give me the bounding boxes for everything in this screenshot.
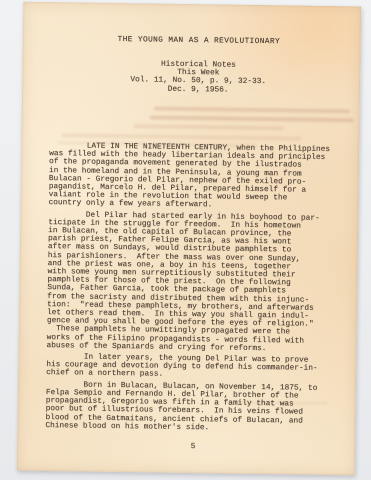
bleed-through-ghost-line: [134, 124, 284, 130]
paragraph-2: Del Pilar had started early in his boyho…: [46, 211, 350, 355]
document-title: THE YOUNG MAN AS A REVOLUTIONARY: [51, 35, 347, 47]
document-body: LATE IN THE NINETEENTH CENTURY, when the…: [45, 142, 351, 437]
bleed-through-ghost-line: [61, 133, 301, 140]
paragraph-4: Born in Bulacan, Bulacan, on November 14…: [45, 381, 348, 434]
paragraph-1: LATE IN THE NINETEENTH CENTURY, when the…: [48, 142, 351, 212]
bleed-through-ghost-line: [154, 106, 350, 113]
bleed-through-ghost-line: [150, 115, 354, 122]
paragraph-3: In later years, the young Del Pilar was …: [46, 353, 348, 382]
source-citation: Historical Notes This Week Vol. 11, No. …: [50, 59, 346, 96]
document-page: THE YOUNG MAN AS A REVOLUTIONARY Histori…: [17, 2, 362, 476]
page-number: 5: [45, 441, 341, 453]
